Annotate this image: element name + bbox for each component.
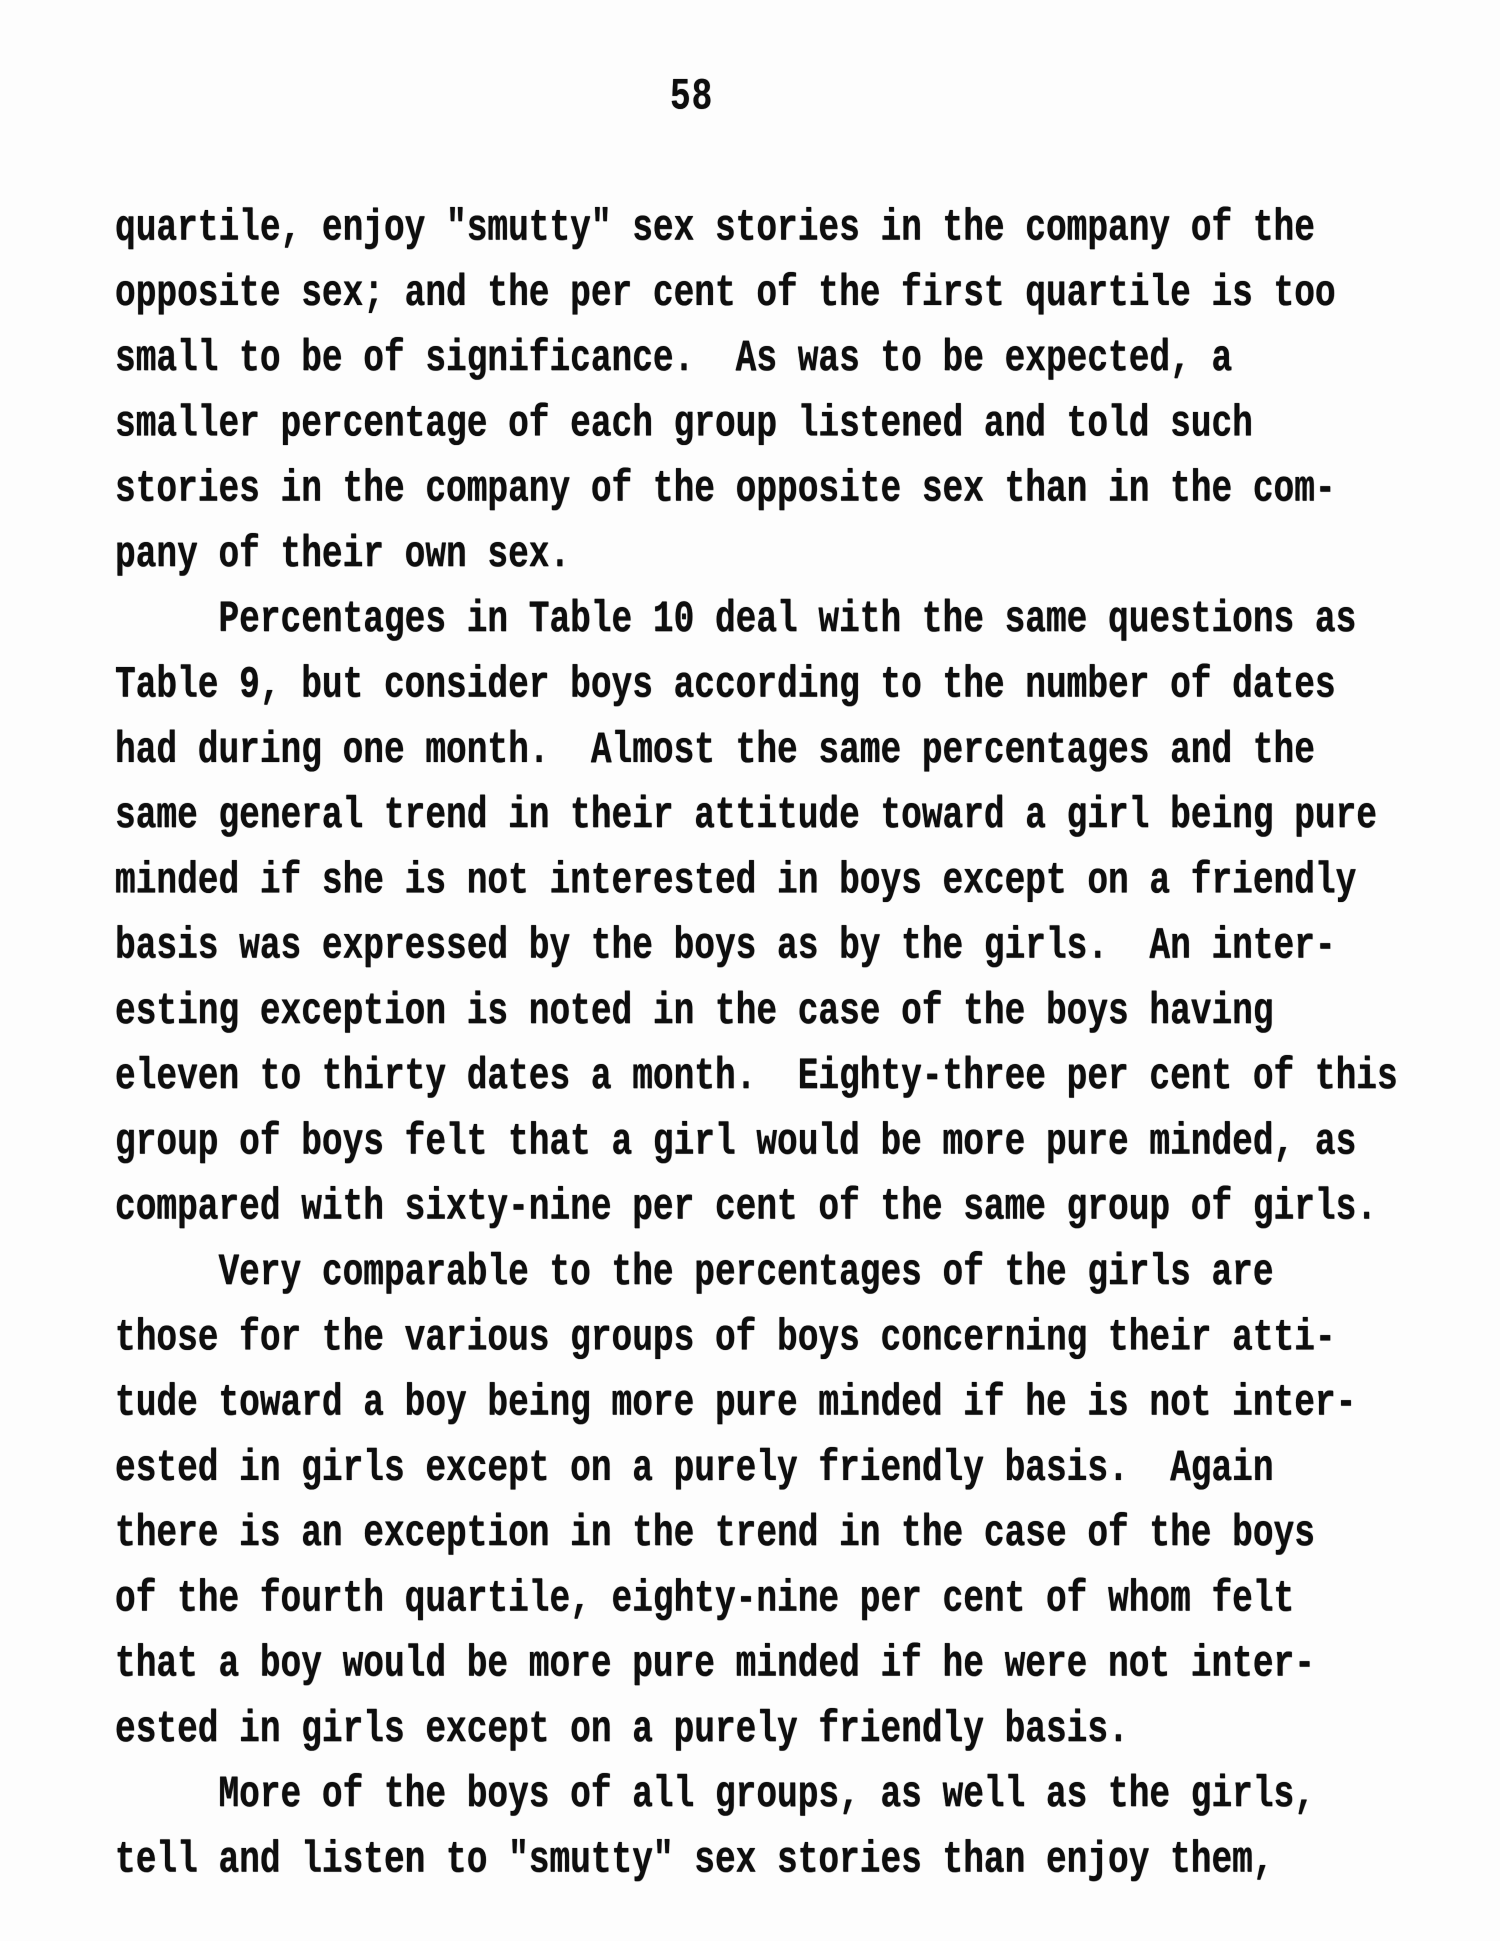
text-line: eleven to thirty dates a month. Eighty-t…: [115, 1045, 1460, 1110]
text-line: that a boy would be more pure minded if …: [115, 1632, 1460, 1697]
text-line: Percentages in Table 10 deal with the sa…: [115, 588, 1460, 653]
text-line: minded if she is not interested in boys …: [115, 849, 1460, 914]
text-line: tude toward a boy being more pure minded…: [115, 1371, 1460, 1436]
text-line: group of boys felt that a girl would be …: [115, 1110, 1460, 1175]
text-line: of the fourth quartile, eighty-nine per …: [115, 1567, 1460, 1632]
text-line: those for the various groups of boys con…: [115, 1306, 1460, 1371]
text-line: there is an exception in the trend in th…: [115, 1502, 1460, 1567]
text-line: smaller percentage of each group listene…: [115, 392, 1460, 457]
text-line: stories in the company of the opposite s…: [115, 457, 1460, 522]
text-line: opposite sex; and the per cent of the fi…: [115, 261, 1460, 326]
text-line: tell and listen to "smutty" sex stories …: [115, 1828, 1460, 1893]
text-line: Very comparable to the percentages of th…: [115, 1240, 1460, 1305]
text-line: pany of their own sex.: [115, 522, 1460, 587]
page-number: 58: [670, 72, 713, 123]
text-line: esting exception is noted in the case of…: [115, 979, 1460, 1044]
text-line: More of the boys of all groups, as well …: [115, 1763, 1460, 1828]
text-line: Table 9, but consider boys according to …: [115, 653, 1460, 718]
text-line: basis was expressed by the boys as by th…: [115, 914, 1460, 979]
text-line: small to be of significance. As was to b…: [115, 327, 1460, 392]
text-line: same general trend in their attitude tow…: [115, 784, 1460, 849]
page-body: quartile, enjoy "smutty" sex stories in …: [115, 196, 1460, 1893]
document-page: 58 quartile, enjoy "smutty" sex stories …: [0, 0, 1500, 1941]
text-line: ested in girls except on a purely friend…: [115, 1436, 1460, 1501]
text-line: had during one month. Almost the same pe…: [115, 718, 1460, 783]
text-line: ested in girls except on a purely friend…: [115, 1697, 1460, 1762]
text-line: compared with sixty-nine per cent of the…: [115, 1175, 1460, 1240]
text-line: quartile, enjoy "smutty" sex stories in …: [115, 196, 1460, 261]
